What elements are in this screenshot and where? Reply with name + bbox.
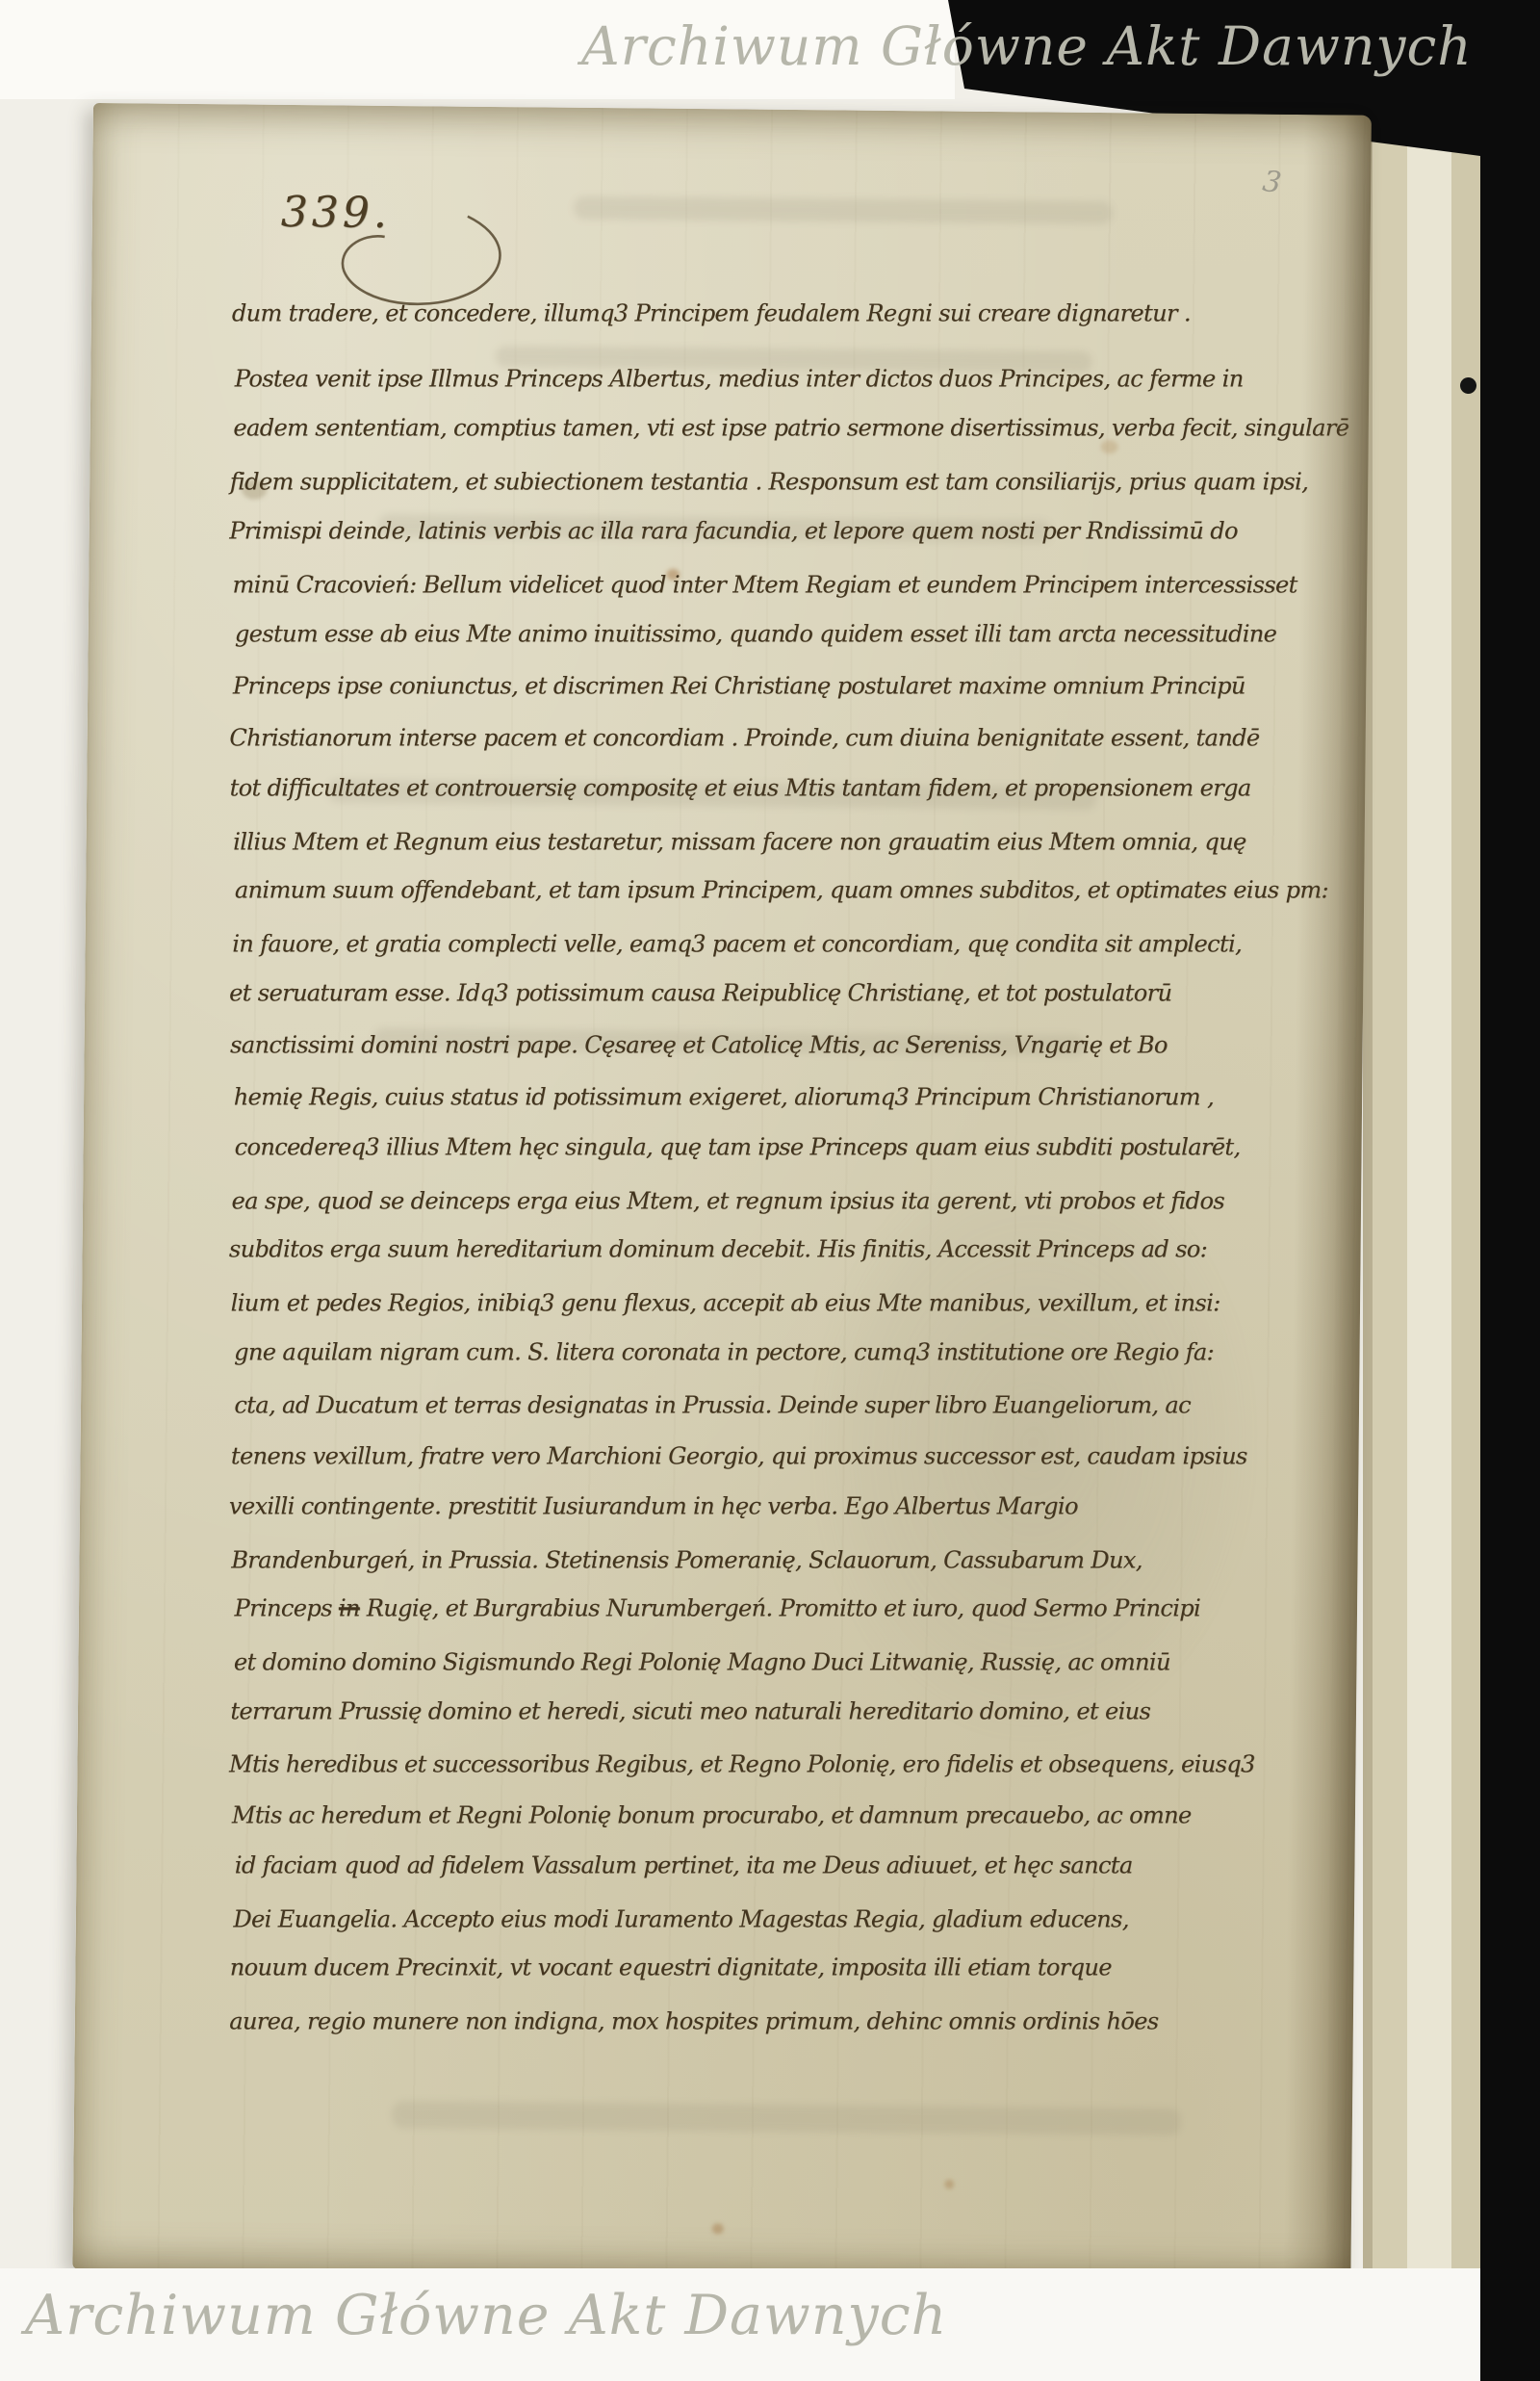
archive-watermark-bottom: Archiwum Główne Akt Dawnych: [25, 2284, 947, 2347]
manuscript-line: cta, ad Ducatum et terras designatas in …: [234, 1391, 1191, 1418]
manuscript-line: dum tradere, et concedere, illumq3 Princ…: [232, 299, 1191, 326]
manuscript-line: animum suum offendebant, et tam ipsum Pr…: [235, 876, 1328, 903]
manuscript-line: terrarum Prussię domino et heredi, sicut…: [230, 1697, 1150, 1724]
manuscript-line: Dei Euangelia. Accepto eius modi Iuramen…: [233, 1905, 1128, 1932]
manuscript-line: illius Mtem et Regnum eius testaretur, m…: [233, 828, 1246, 855]
manuscript-line: nouum ducem Precinxit, vt vocant equestr…: [230, 1954, 1112, 1980]
book-fore-edge: [1363, 92, 1480, 2381]
manuscript-line: Christianorum interse pacem et concordia…: [229, 724, 1259, 751]
manuscript-line: tot difficultates et controuersię compos…: [230, 774, 1251, 801]
line-segment: Princeps: [235, 1594, 339, 1621]
manuscript-line: gestum esse ab eius Mte animo inuitissim…: [235, 620, 1276, 647]
manuscript-line: hemię Regis, cuius status id potissimum …: [234, 1083, 1214, 1110]
manuscript-line: lium et pedes Regios, inibiq3 genu flexu…: [231, 1289, 1220, 1316]
binding-hole: [1460, 377, 1476, 394]
manuscript-line: fidem supplicitatem, et subiectionem tes…: [230, 469, 1308, 496]
manuscript-line: vexilli contingente. prestitit Iusiurand…: [229, 1492, 1078, 1519]
archive-scan: 339. dum tradere, et concedere, illumq3 …: [0, 0, 1540, 2381]
manuscript-line: sanctissimi domini nostri pape. Cęsareę …: [230, 1032, 1168, 1059]
manuscript-page: 339. dum tradere, et concedere, illumq3 …: [72, 103, 1372, 2282]
manuscript-line: id faciam quod ad fidelem Vassalum perti…: [235, 1851, 1133, 1878]
line-segment: Rugię, et Burgrabius Nurumbergeń. Promit…: [360, 1594, 1200, 1621]
manuscript-line: Mtis ac heredum et Regni Polonię bonum p…: [232, 1801, 1192, 1828]
manuscript-line: ea spe, quod se deinceps erga eius Mtem,…: [232, 1187, 1224, 1214]
archive-watermark-top: Archiwum Główne Akt Dawnych: [581, 15, 1473, 77]
struck-word: in: [339, 1594, 360, 1621]
manuscript-line: aurea, regio munere non indigna, mox hos…: [229, 2008, 1158, 2035]
manuscript-line: concedereq3 illius Mtem hęc singula, quę…: [235, 1133, 1241, 1160]
manuscript-line: Mtis heredibus et successoribus Regibus,…: [229, 1750, 1255, 1777]
manuscript-line: Postea venit ipse Illmus Princeps Albert…: [235, 365, 1244, 392]
manuscript-line: subditos erga suum hereditarium dominum …: [229, 1235, 1207, 1262]
manuscript-line: Princeps in Rugię, et Burgrabius Nurumbe…: [235, 1594, 1201, 1621]
handwritten-text-block: dum tradere, et concedere, illumq3 Princ…: [91, 105, 1370, 2271]
manuscript-line: eadem sententiam, comptius tamen, vti es…: [233, 415, 1348, 442]
manuscript-line: gne aquilam nigram cum. S. litera corona…: [234, 1338, 1214, 1365]
manuscript-line: Princeps ipse coniunctus, et discrimen R…: [233, 672, 1245, 699]
manuscript-line: minū Cracovień: Bellum videlicet quod in…: [233, 571, 1297, 598]
manuscript-line: tenens vexillum, fratre vero Marchioni G…: [231, 1442, 1247, 1469]
manuscript-line: in fauore, et gratia complecti velle, ea…: [232, 930, 1242, 957]
manuscript-line: Brandenburgeń, in Prussia. Stetinensis P…: [231, 1546, 1142, 1573]
manuscript-line: et domino domino Sigismundo Regi Polonię…: [234, 1648, 1170, 1675]
manuscript-line: et seruaturam esse. Idq3 potissimum caus…: [229, 979, 1171, 1006]
manuscript-line: Primispi deinde, latinis verbis ac illa …: [229, 517, 1238, 544]
